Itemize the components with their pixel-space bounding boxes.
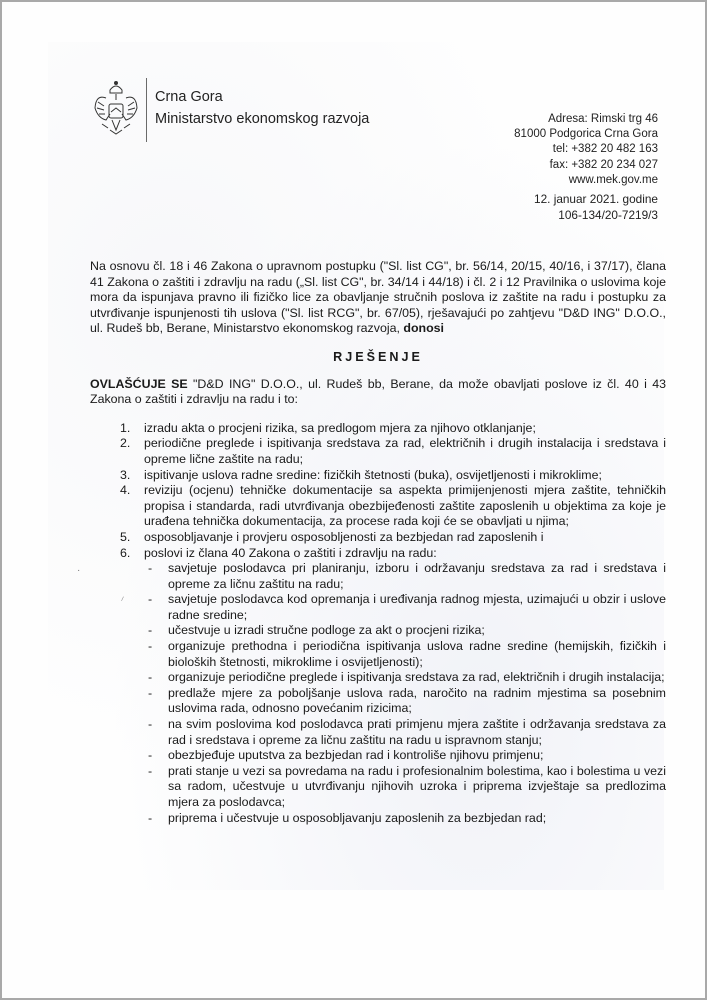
dash-marker: - [148, 717, 152, 733]
dash-marker: - [148, 811, 152, 827]
dash-marker: - [148, 592, 152, 608]
sub-list-item: -organizuje periodične preglede i ispiti… [90, 670, 666, 686]
sub-item-text: prati stanje u vezi sa povredama na radu… [168, 764, 666, 809]
fax-line: fax: +382 20 234 027 [514, 158, 658, 173]
decision-paragraph: OVLAŠĆUJE SE "D&D ING" D.O.O., ul. Rudeš… [90, 377, 666, 408]
dash-marker: - [148, 670, 152, 686]
item-text: izradu akta o procjeni rizika, sa predlo… [144, 421, 536, 435]
sub-list-item: -na svim poslovima kod poslodavca prati … [90, 717, 666, 748]
sub-item-text: predlaže mjere za poboljšanje uslova rad… [168, 686, 666, 716]
item-text: poslovi iz člana 40 Zakona o zaštiti i z… [144, 546, 437, 560]
dash-marker: - [148, 639, 152, 655]
sub-list-item: -savjetuje poslodavca kod opremanja i ur… [90, 592, 666, 623]
dash-marker: - [148, 561, 152, 577]
list-item: 3.ispitivanje uslova radne sredine: fizi… [90, 468, 666, 484]
item-number: 5. [120, 530, 130, 546]
item-text: osposobljavanje i provjeru osposobljenos… [144, 530, 544, 544]
ministry-name: Ministarstvo ekonomskog razvoja [155, 108, 369, 130]
tel-line: tel: +382 20 482 163 [514, 142, 658, 157]
reference-number: 106-134/20-7219/3 [534, 208, 658, 224]
address-line: Adresa: Rimski trg 46 [514, 112, 658, 127]
authorized-activities-list: 1.izradu akta o procjeni rizika, sa pred… [90, 421, 666, 561]
decision-lead: OVLAŠĆUJE SE [90, 377, 188, 391]
scan-speck: · [77, 565, 80, 576]
item-number: 2. [120, 436, 130, 452]
sub-list-item: -obezbjeđuje uputstva za bezbjedan rad i… [90, 748, 666, 764]
sub-list-item: -učestvuje u izradi stručne podloge za a… [90, 623, 666, 639]
preamble-paragraph: Na osnovu čl. 18 i 46 Zakona o upravnom … [90, 259, 666, 337]
sub-item-text: organizuje prethodna i periodična ispiti… [168, 639, 666, 669]
item-number: 1. [120, 421, 130, 437]
document-title: RJEŠENJE [90, 350, 666, 366]
contact-block: Adresa: Rimski trg 46 81000 Podgorica Cr… [514, 112, 658, 188]
sub-item-text: obezbjeđuje uputstva za bezbjedan rad i … [168, 748, 543, 762]
montenegro-coat-of-arms-icon [92, 80, 140, 138]
list-item: 5.osposobljavanje i provjeru osposobljen… [90, 530, 666, 546]
item-number: 6. [120, 546, 130, 562]
item-text: ispitivanje uslova radne sredine: fizičk… [144, 468, 602, 482]
sub-item-text: organizuje periodične preglede i ispitiv… [168, 670, 665, 684]
header-divider [146, 78, 147, 142]
issuer-block: Crna Gora Ministarstvo ekonomskog razvoj… [155, 86, 369, 130]
sub-list-item: -predlaže mjere za poboljšanje uslova ra… [90, 686, 666, 717]
country-name: Crna Gora [155, 86, 369, 108]
list-item: 6.poslovi iz člana 40 Zakona o zaštiti i… [90, 546, 666, 562]
item-number: 3. [120, 468, 130, 484]
document-body: Na osnovu čl. 18 i 46 Zakona o upravnom … [90, 259, 666, 826]
sub-list-item: -organizuje prethodna i periodična ispit… [90, 639, 666, 670]
sub-list-item: -prati stanje u vezi sa povredama na rad… [90, 764, 666, 811]
sub-list-item: -savjetuje poslodavca pri planiranju, iz… [90, 561, 666, 592]
sub-item-text: učestvuje u izradi stručne podloge za ak… [168, 623, 485, 637]
dash-marker: - [148, 764, 152, 780]
list-item: 1.izradu akta o procjeni rizika, sa pred… [90, 421, 666, 437]
item-text: reviziju (ocjenu) tehničke dokumentacije… [144, 483, 666, 528]
dash-marker: - [148, 686, 152, 702]
city-line: 81000 Podgorica Crna Gora [514, 127, 658, 142]
item-text: periodične preglede i ispitivanja sredst… [144, 436, 666, 466]
date-reference-block: 12. januar 2021. godine 106-134/20-7219/… [534, 192, 658, 223]
sub-item-text: na svim poslovima kod poslodavca prati p… [168, 717, 666, 747]
sub-item-text: priprema i učestvuje u osposobljavanju z… [168, 811, 546, 825]
item-number: 4. [120, 483, 130, 499]
preamble-text: Na osnovu čl. 18 i 46 Zakona o upravnom … [90, 259, 666, 335]
document-date: 12. januar 2021. godine [534, 192, 658, 208]
dash-marker: - [148, 623, 152, 639]
list-item: 2.periodične preglede i ispitivanja sred… [90, 436, 666, 467]
document-page: Crna Gora Ministarstvo ekonomskog razvoj… [2, 2, 705, 998]
preamble-closing: donosi [403, 321, 444, 335]
article-40-duties-list: -savjetuje poslodavca pri planiranju, iz… [90, 561, 666, 826]
website-link[interactable]: www.mek.gov.me [514, 173, 658, 188]
sub-item-text: savjetuje poslodavca pri planiranju, izb… [168, 561, 666, 591]
sub-list-item: -priprema i učestvuje u osposobljavanju … [90, 811, 666, 827]
sub-item-text: savjetuje poslodavca kod opremanja i ure… [168, 592, 666, 622]
list-item: 4.reviziju (ocjenu) tehničke dokumentaci… [90, 483, 666, 530]
dash-marker: - [148, 748, 152, 764]
